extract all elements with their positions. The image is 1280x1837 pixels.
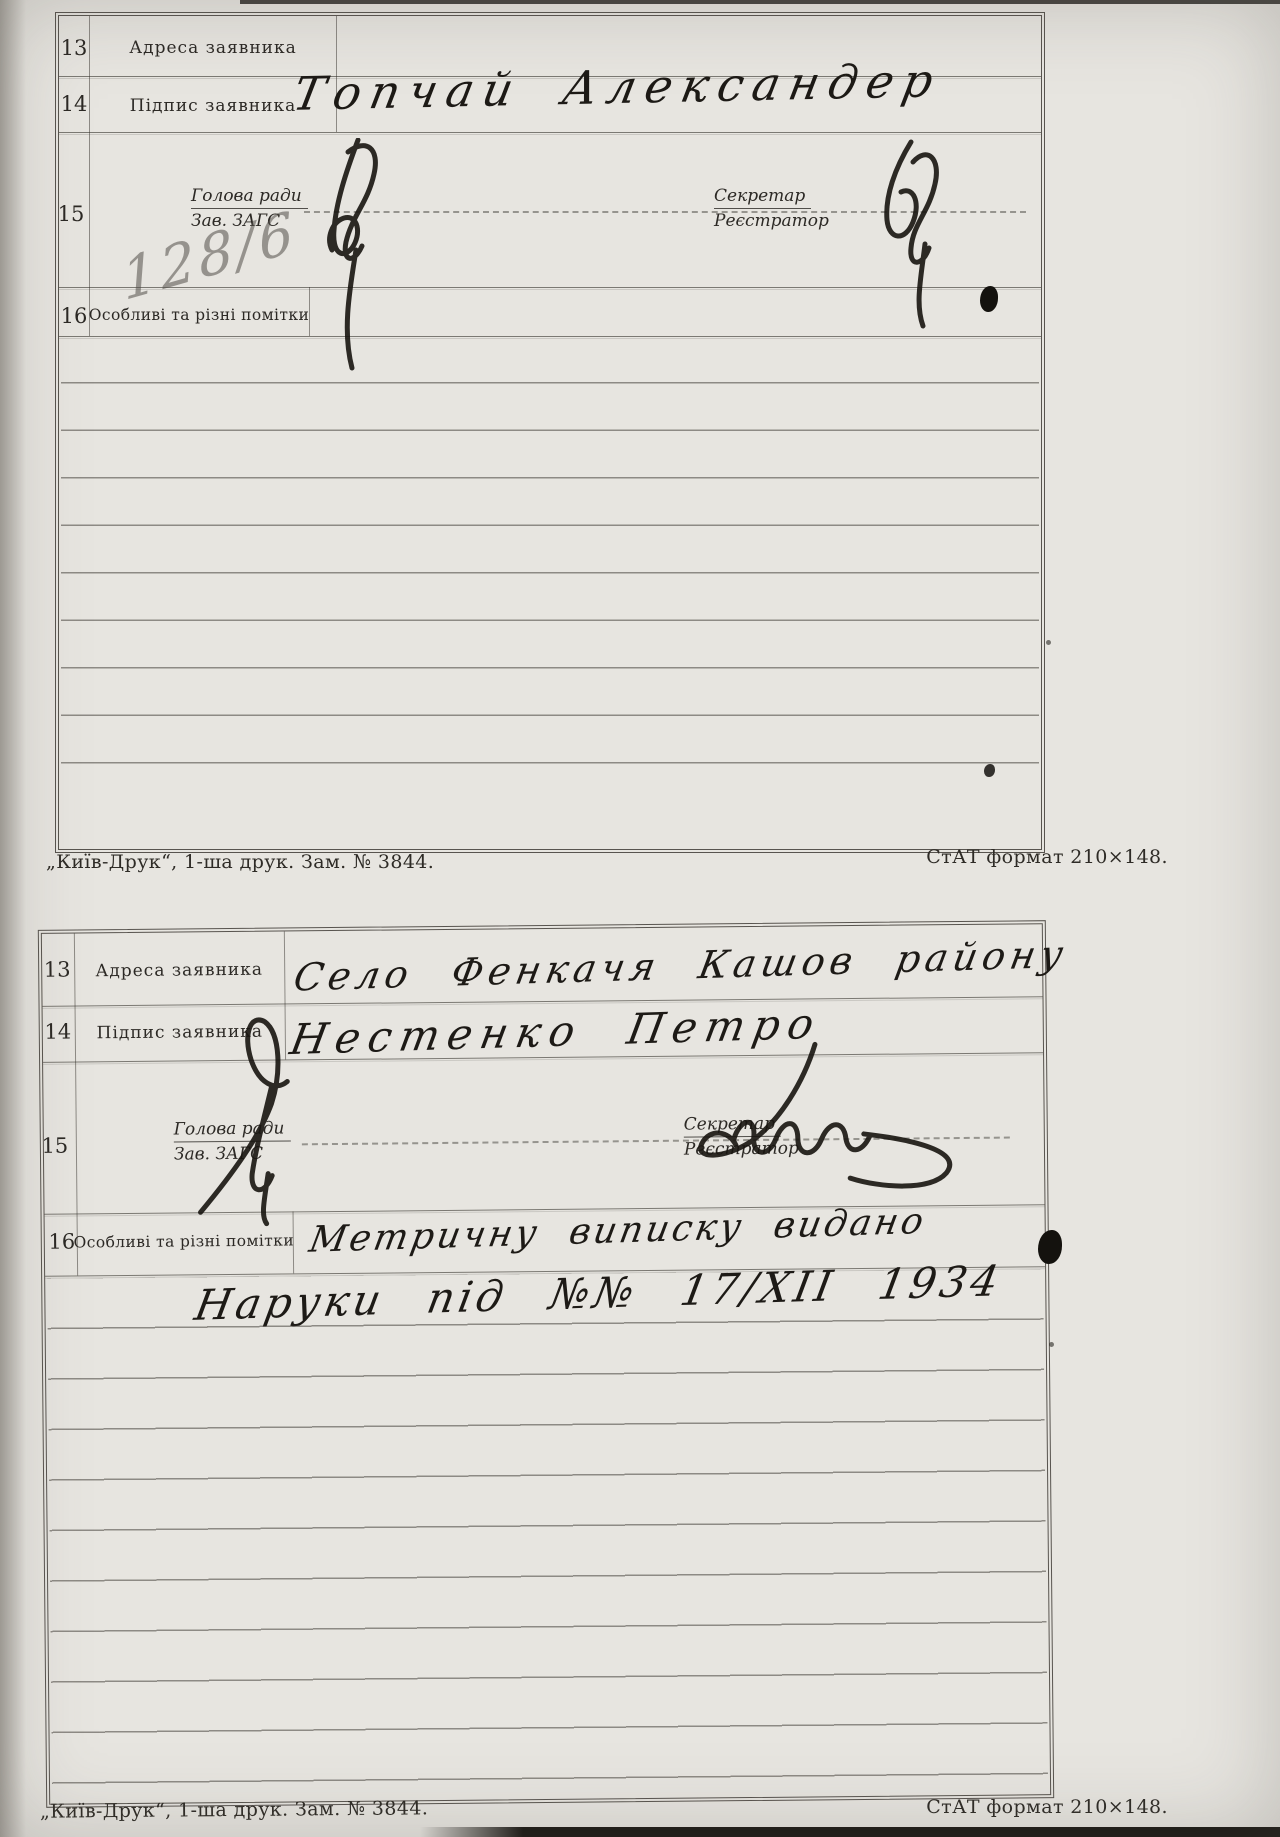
applicant-signature-text: Топчай Александер — [289, 53, 947, 121]
row13-number: 13 — [59, 36, 89, 60]
format-imprint-bottom: СтАТ формат 210×148. — [890, 1796, 1168, 1818]
row13-number: 13 — [42, 958, 72, 982]
paper-speck — [1049, 1342, 1054, 1347]
row16-label: Особливі та різні помітки — [73, 1231, 295, 1251]
row15-number: 15 — [56, 202, 86, 226]
secretary-role-label: Секретар Реєстратор — [714, 186, 829, 232]
row13-label: Адреса заявника — [74, 959, 284, 981]
ruled-blank-area — [61, 336, 1039, 776]
number-column-line — [74, 934, 78, 1276]
secretary-signature — [851, 138, 951, 330]
row16-label: Особливі та різні помітки — [87, 306, 311, 324]
row13-label: Адреса заявника — [93, 38, 333, 58]
secretary-role-line2: Реєстратор — [714, 209, 829, 232]
ruled-blank-area — [47, 1269, 1048, 1789]
row14-bottom-line — [59, 132, 1041, 133]
scan-edge-top — [240, 0, 1280, 4]
row13-bottom-line — [43, 996, 1043, 1007]
print-shop-imprint-top: „Київ-Друк“, 1-ша друк. Зам. № 3844. — [46, 851, 434, 873]
row14-number: 14 — [43, 1020, 73, 1044]
paper-speck — [1046, 640, 1051, 645]
row14-number: 14 — [59, 92, 89, 116]
ink-blot — [1038, 1230, 1062, 1264]
row15-number: 15 — [40, 1134, 70, 1158]
secretary-role-line1: Секретар — [714, 186, 811, 209]
row16-number: 16 — [59, 304, 89, 328]
secretary-signature — [663, 1037, 1005, 1215]
print-shop-imprint-bottom: „Київ-Друк“, 1-ша друк. Зам. № 3844. — [40, 1797, 428, 1822]
number-column-line — [89, 16, 90, 336]
applicant-address-text: Село Фенкачя Кашов району — [290, 932, 1071, 1000]
registry-form-bottom: 13 Адреса заявника Село Фенкачя Кашов ра… — [38, 920, 1054, 1808]
scan-edge-bottom — [420, 1827, 1280, 1837]
scan-edge-left — [0, 0, 26, 1837]
chairman-signature — [193, 1011, 365, 1228]
scanned-registry-page: 13 Адреса заявника 14 Підпис заявника То… — [0, 0, 1280, 1837]
format-imprint-top: СтАТ формат 210×148. — [890, 846, 1168, 868]
registry-form-top: 13 Адреса заявника 14 Підпис заявника То… — [55, 12, 1045, 853]
